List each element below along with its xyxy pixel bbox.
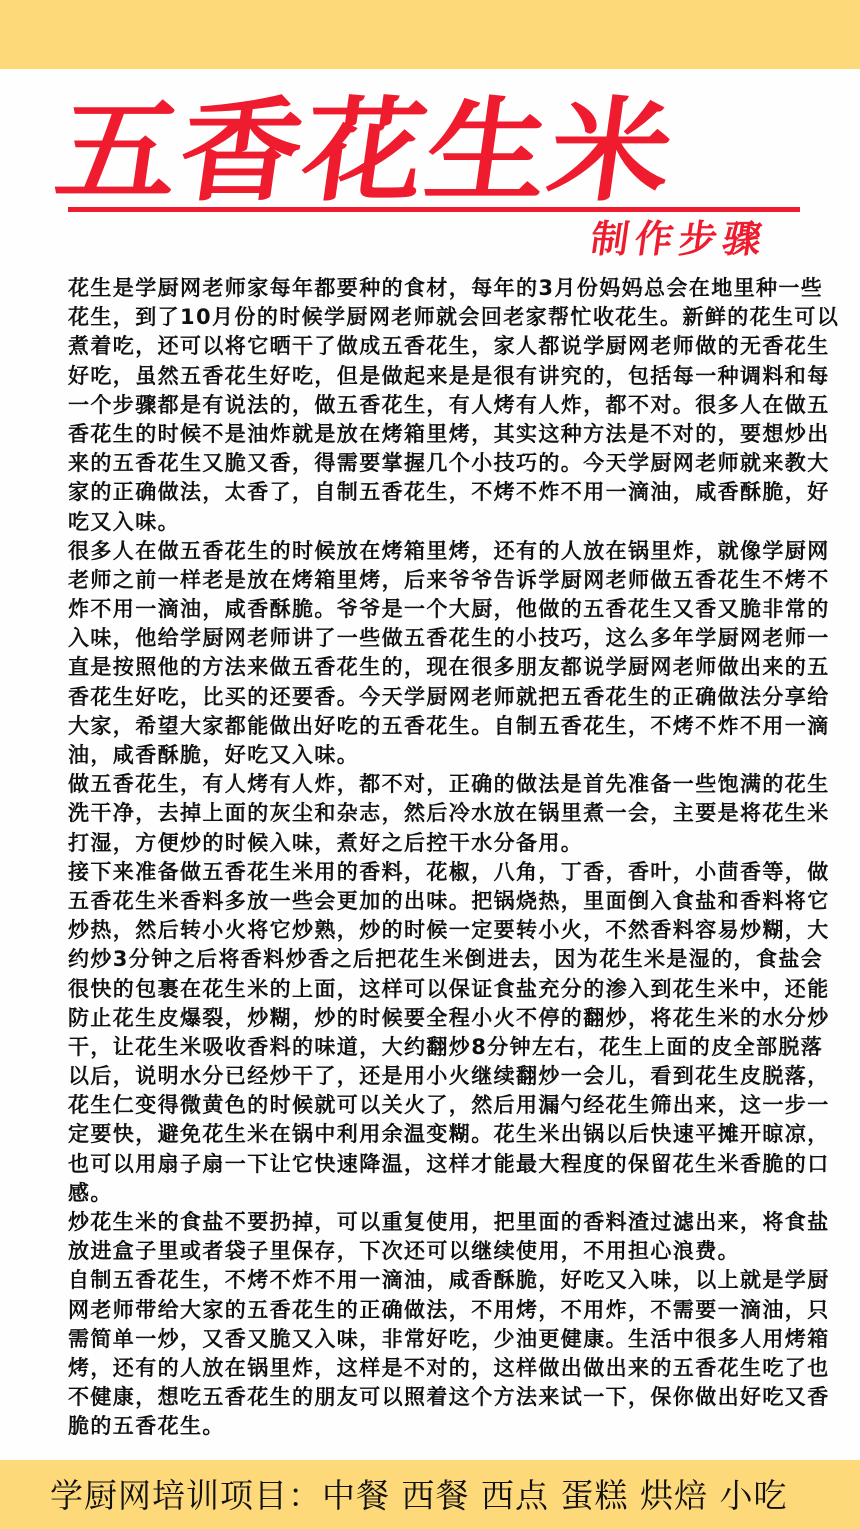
text-line: 煮着吃，还可以将它晒干了做成五香花生，家人都说学厨网老师做的无香花生 xyxy=(68,332,798,361)
text-line: 脆的五香花生。 xyxy=(68,1412,798,1441)
paragraph-2: 很多人在做五香花生的时候放在烤箱里烤，还有的人放在锅里炸，就像学厨网 老师之前一… xyxy=(68,537,798,771)
text-line: 需简单一炒，又香又脆又入味，非常好吃，少油更健康。生活中很多人用烤箱 xyxy=(68,1325,798,1354)
text-line: 自制五香花生，不烤不炸不用一滴油，咸香酥脆，好吃又入味，以上就是学厨 xyxy=(68,1266,798,1295)
text-line: 很快的包裹在花生米的上面，这样可以保证食盐充分的渗入到花生米中，还能 xyxy=(68,975,798,1004)
text-line: 入味，他给学厨网老师讲了一些做五香花生的小技巧，这么多年学厨网老师一 xyxy=(68,624,798,653)
text-line: 也可以用扇子扇一下让它快速降温，这样才能最大程度的保留花生米香脆的口 xyxy=(68,1150,798,1179)
text-line: 接下来准备做五香花生米用的香料，花椒，八角，丁香，香叶，小茴香等，做 xyxy=(68,858,798,887)
page-title: 五香花生米 xyxy=(49,92,681,212)
text-line: 约炒3分钟之后将香料炒香之后把花生米倒进去，因为花生米是湿的，食盐会 xyxy=(68,945,798,974)
text-line: 一个步骤都是有说法的，做五香花生，有人烤有人炸，都不对。很多人在做五 xyxy=(68,391,798,420)
text-line: 来的五香花生又脆又香，得需要掌握几个小技巧的。今天学厨网老师就来教大 xyxy=(68,449,798,478)
paragraph-5: 炒花生米的食盐不要扔掉，可以重复使用，把里面的香料渣过滤出来，将食盐 放进盒子里… xyxy=(68,1208,798,1266)
footer-training-programs: 学厨网培训项目：中餐 西餐 西点 蛋糕 烘焙 小吃 xyxy=(50,1474,787,1518)
text-line: 防止花生皮爆裂，炒糊，炒的时候要全程小火不停的翻炒，将花生米的水分炒 xyxy=(68,1004,798,1033)
paragraph-1: 花生是学厨网老师家每年都要种的食材，每年的3月份妈妈总会在地里种一些 花生，到了… xyxy=(68,274,798,537)
text-line: 网老师带给大家的五香花生的正确做法，不用烤，不用炸，不需要一滴油，只 xyxy=(68,1296,798,1325)
paragraph-3: 做五香花生，有人烤有人炸，都不对，正确的做法是首先准备一些饱满的花生 洗干净，去… xyxy=(68,770,798,858)
text-line: 干，让花生米吸收香料的味道，大约翻炒8分钟左右，花生上面的皮全部脱落 xyxy=(68,1033,798,1062)
text-line: 直是按照他的方法来做五香花生的，现在很多朋友都说学厨网老师做出来的五 xyxy=(68,653,798,682)
text-line: 香花生好吃，比买的还要香。今天学厨网老师就把五香花生的正确做法分享给 xyxy=(68,683,798,712)
text-line: 烤，还有的人放在锅里炸，这样是不对的，这样做出做出来的五香花生吃了也 xyxy=(68,1354,798,1383)
text-line: 花生仁变得微黄色的时候就可以关火了，然后用漏勺经花生筛出来，这一步一 xyxy=(68,1091,798,1120)
text-line: 炒热，然后转小火将它炒熟，炒的时候一定要转小火，不然香料容易炒糊，大 xyxy=(68,916,798,945)
text-line: 吃又入味。 xyxy=(68,508,798,537)
text-line: 做五香花生，有人烤有人炸，都不对，正确的做法是首先准备一些饱满的花生 xyxy=(68,770,798,799)
text-line: 香花生的时候不是油炸就是放在烤箱里烤，其实这种方法是不对的，要想炒出 xyxy=(68,420,798,449)
text-line: 定要快，避免花生米在锅中利用余温变糊。花生米出锅以后快速平摊开晾凉， xyxy=(68,1120,798,1149)
article-body: 花生是学厨网老师家每年都要种的食材，每年的3月份妈妈总会在地里种一些 花生，到了… xyxy=(68,274,798,1442)
text-line: 洗干净，去掉上面的灰尘和杂志，然后冷水放在锅里煮一会，主要是将花生米 xyxy=(68,799,798,828)
text-line: 油，咸香酥脆，好吃又入味。 xyxy=(68,741,798,770)
text-line: 好吃，虽然五香花生好吃，但是做起来是是很有讲究的，包括每一种调料和每 xyxy=(68,362,798,391)
text-line: 花生是学厨网老师家每年都要种的食材，每年的3月份妈妈总会在地里种一些 xyxy=(68,274,798,303)
title-underline xyxy=(68,207,800,212)
text-line: 感。 xyxy=(68,1179,798,1208)
text-line: 以后，说明水分已经炒干了，还是用小火继续翻炒一会儿，看到花生皮脱落， xyxy=(68,1062,798,1091)
paragraph-6: 自制五香花生，不烤不炸不用一滴油，咸香酥脆，好吃又入味，以上就是学厨 网老师带给… xyxy=(68,1266,798,1441)
text-line: 五香花生米香料多放一些会更加的出味。把锅烧热，里面倒入食盐和香料将它 xyxy=(68,887,798,916)
text-line: 家的正确做法，太香了，自制五香花生，不烤不炸不用一滴油，咸香酥脆，好 xyxy=(68,478,798,507)
text-line: 很多人在做五香花生的时候放在烤箱里烤，还有的人放在锅里炸，就像学厨网 xyxy=(68,537,798,566)
text-line: 不健康，想吃五香花生的朋友可以照着这个方法来试一下，保你做出好吃又香 xyxy=(68,1383,798,1412)
text-line: 放进盒子里或者袋子里保存，下次还可以继续使用，不用担心浪费。 xyxy=(68,1237,798,1266)
text-line: 老师之前一样老是放在烤箱里烤，后来爷爷告诉学厨网老师做五香花生不烤不 xyxy=(68,566,798,595)
text-line: 炸不用一滴油，咸香酥脆。爷爷是一个大厨，他做的五香花生又香又脆非常的 xyxy=(68,595,798,624)
text-line: 花生，到了10月份的时候学厨网老师就会回老家帮忙收花生。新鲜的花生可以 xyxy=(68,303,798,332)
text-line: 大家，希望大家都能做出好吃的五香花生。自制五香花生，不烤不炸不用一滴 xyxy=(68,712,798,741)
paragraph-4: 接下来准备做五香花生米用的香料，花椒，八角，丁香，香叶，小茴香等，做 五香花生米… xyxy=(68,858,798,1208)
text-line: 炒花生米的食盐不要扔掉，可以重复使用，把里面的香料渣过滤出来，将食盐 xyxy=(68,1208,798,1237)
text-line: 打湿，方便炒的时候入味，煮好之后控干水分备用。 xyxy=(68,829,798,858)
top-banner xyxy=(0,0,860,69)
page-subtitle: 制作步骤 xyxy=(588,218,770,260)
